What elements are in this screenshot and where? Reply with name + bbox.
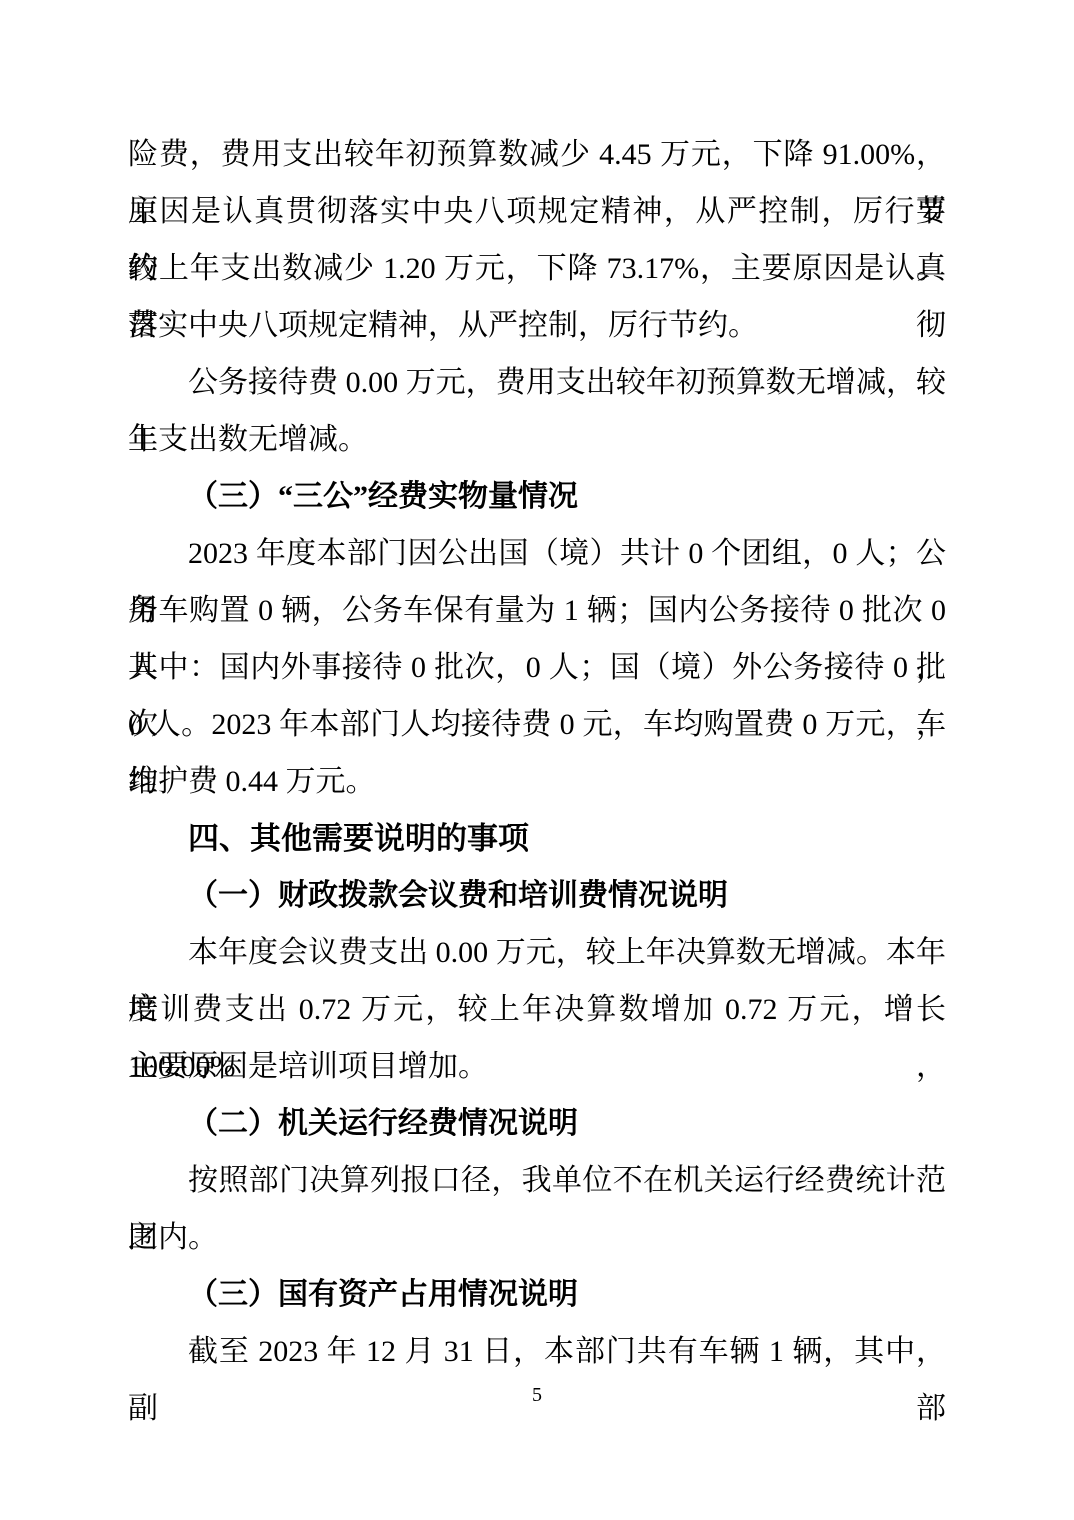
text-line: 培训费支出 0.72 万元，较上年决算数增加 0.72 万元，增长 100.00… bbox=[128, 981, 946, 1038]
text-line: 0 人。2023 年本部门人均接待费 0 元，车均购置费 0 万元，车均 bbox=[128, 696, 946, 753]
text-line: 之内。 bbox=[128, 1209, 946, 1266]
text-line: 年支出数无增减。 bbox=[128, 411, 946, 468]
section-heading: 四、其他需要说明的事项 bbox=[128, 810, 946, 867]
text-line: 截至 2023 年 12 月 31 日，本部门共有车辆 1 辆，其中，副部 bbox=[128, 1323, 946, 1380]
text-line: 险费，费用支出较年初预算数减少 4.45 万元，下降 91.00%，主要 bbox=[128, 126, 946, 183]
section-heading: （三）国有资产占用情况说明 bbox=[128, 1266, 946, 1323]
section-heading: （一）财政拨款会议费和培训费情况说明 bbox=[128, 867, 946, 924]
section-heading: （三）“三公”经费实物量情况 bbox=[128, 468, 946, 525]
document-body: 险费，费用支出较年初预算数减少 4.45 万元，下降 91.00%，主要 原因是… bbox=[128, 126, 946, 1380]
page-number: 5 bbox=[0, 1384, 1074, 1406]
text-line: 本年度会议费支出 0.00 万元，较上年决算数无增减。本年度 bbox=[128, 924, 946, 981]
text-line: 公务接待费 0.00 万元，费用支出较年初预算数无增减，较上 bbox=[128, 354, 946, 411]
text-line: 其中：国内外事接待 0 批次，0 人；国（境）外公务接待 0 批次， bbox=[128, 639, 946, 696]
text-line: 2023 年度本部门因公出国（境）共计 0 个团组，0 人；公务 bbox=[128, 525, 946, 582]
section-heading: （二）机关运行经费情况说明 bbox=[128, 1095, 946, 1152]
text-line: 用车购置 0 辆，公务车保有量为 1 辆；国内公务接待 0 批次 0 人， bbox=[128, 582, 946, 639]
document-page: 险费，费用支出较年初预算数减少 4.45 万元，下降 91.00%，主要 原因是… bbox=[0, 0, 1074, 1520]
text-line: 原因是认真贯彻落实中央八项规定精神，从严控制，厉行节约。 bbox=[128, 183, 946, 240]
text-line: 按照部门决算列报口径，我单位不在机关运行经费统计范围 bbox=[128, 1152, 946, 1209]
text-line: 较上年支出数减少 1.20 万元，下降 73.17%，主要原因是认真贯彻 bbox=[128, 240, 946, 297]
text-line: 维护费 0.44 万元。 bbox=[128, 753, 946, 810]
